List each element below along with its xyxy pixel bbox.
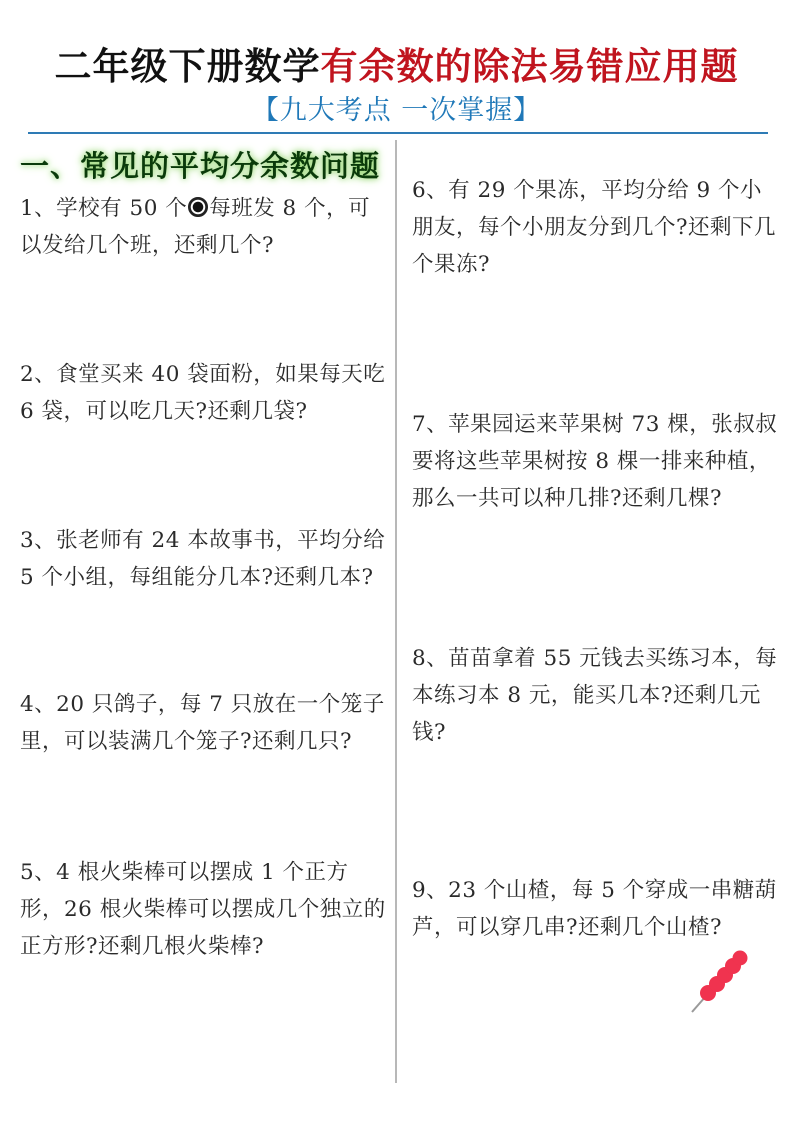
title-topic: 有余数的除法易错应用题: [321, 45, 739, 88]
question-8: 8、苗苗拿着 55 元钱去买练习本，每本练习本 8 元，能买几本?还剩几元钱?: [412, 640, 782, 751]
title-grade: 二年级下册数学: [55, 45, 321, 88]
question-3: 3、张老师有 24 本故事书，平均分给 5 个小组，每组能分几本?还剩几本?: [20, 522, 390, 596]
column-divider: [395, 140, 397, 1083]
soccer-ball-icon: [188, 197, 208, 217]
header-rule: [28, 132, 768, 134]
candied-haws-icon: [686, 946, 756, 1016]
question-4: 4、20 只鸽子，每 7 只放在一个笼子里，可以装满几个笼子?还剩几只?: [20, 686, 390, 760]
question-5: 5、4 根火柴棒可以摆成 1 个正方形，26 根火柴棒可以摆成几个独立的正方形?…: [20, 854, 390, 965]
question-1: 1、学校有 50 个每班发 8 个，可以发给几个班，还剩几个?: [20, 190, 390, 264]
section-heading: 一、常见的平均分余数问题: [20, 144, 380, 185]
question-7: 7、苹果园运来苹果树 73 棵，张叔叔要将这些苹果树按 8 棵一排来种植，那么一…: [412, 406, 782, 517]
question-9: 9、23 个山楂，每 5 个穿成一串糖葫芦，可以穿几串?还剩几个山楂?: [412, 872, 782, 946]
page-subtitle: 【九大考点 一次掌握】: [0, 88, 793, 127]
question-2: 2、食堂买来 40 袋面粉，如果每天吃 6 袋，可以吃几天?还剩几袋?: [20, 356, 390, 430]
question-6: 6、有 29 个果冻，平均分给 9 个小朋友，每个小朋友分到几个?还剩下几个果冻…: [412, 172, 782, 283]
page-title: 二年级下册数学有余数的除法易错应用题: [0, 36, 793, 90]
question-1-text-a: 1、学校有 50 个: [20, 196, 187, 221]
